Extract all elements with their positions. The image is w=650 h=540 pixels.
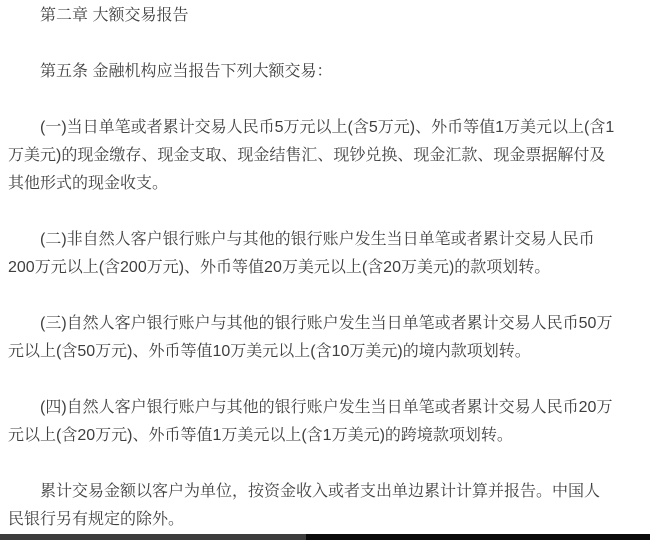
bottom-edge-bar bbox=[0, 534, 650, 540]
bottom-edge-bar-right-segment bbox=[306, 534, 650, 540]
clause-3: (三)自然人客户银行账户与其他的银行账户发生当日单笔或者累计交易人民币50万 元… bbox=[8, 310, 640, 366]
bottom-edge-bar-left-segment bbox=[0, 534, 306, 540]
document-page: 第二章 大额交易报告 第五条 金融机构应当报告下列大额交易： (一)当日单笔或者… bbox=[0, 0, 650, 540]
clause-4: (四)自然人客户银行账户与其他的银行账户发生当日单笔或者累计交易人民币20万 元… bbox=[8, 394, 640, 450]
chapter-heading: 第二章 大额交易报告 bbox=[8, 2, 640, 30]
clause-1: (一)当日单笔或者累计交易人民币5万元以上(含5万元)、外币等值1万美元以上(含… bbox=[8, 114, 640, 198]
clause-2: (二)非自然人客户银行账户与其他的银行账户发生当日单笔或者累计交易人民币 200… bbox=[8, 226, 640, 282]
document-content: 第二章 大额交易报告 第五条 金融机构应当报告下列大额交易： (一)当日单笔或者… bbox=[0, 0, 650, 534]
article-heading: 第五条 金融机构应当报告下列大额交易： bbox=[8, 58, 640, 86]
closing-paragraph: 累计交易金额以客户为单位，按资金收入或者支出单边累计计算并报告。中国人 民银行另… bbox=[8, 478, 640, 534]
